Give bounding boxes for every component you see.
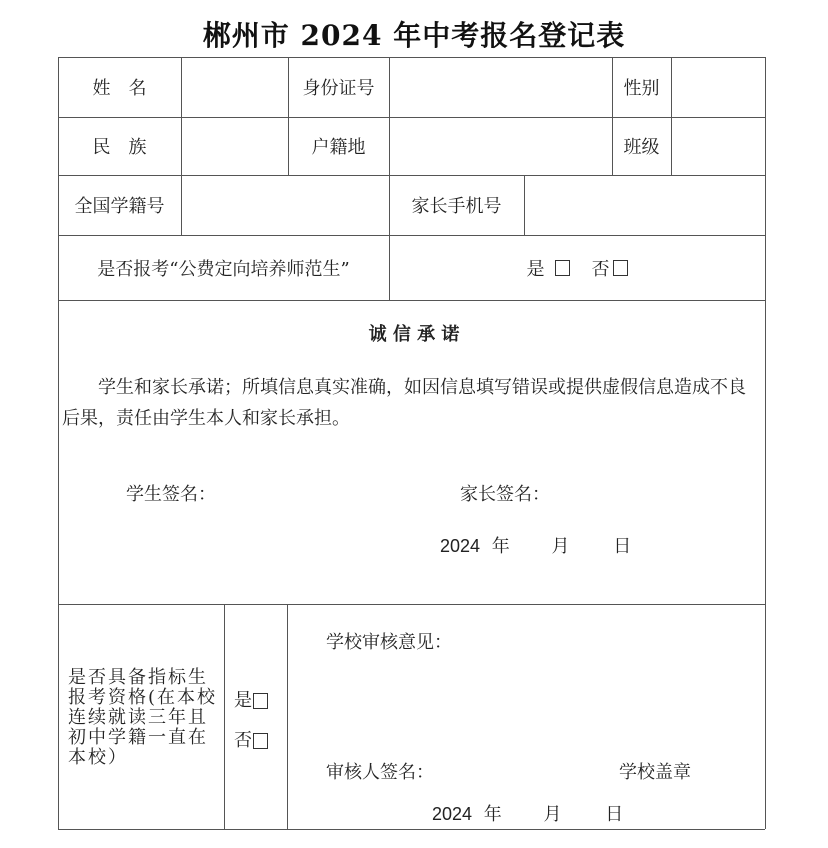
teacher-program-no-label: 否 — [592, 255, 610, 281]
parent-phone-label: 家长手机号 — [389, 175, 524, 235]
qualification-yes-checkbox[interactable] — [253, 693, 268, 709]
student-id-label: 全国学籍号 — [58, 175, 181, 235]
review-date-day-unit: 日 — [605, 804, 623, 825]
grid-line — [58, 829, 765, 830]
pledge-date: 2024 年 月 日 — [440, 532, 631, 558]
grid-line — [58, 300, 765, 301]
household-field[interactable] — [390, 118, 612, 175]
parent-signature-field[interactable] — [554, 474, 754, 508]
qualification-question: 是否具备指标生报考资格(在本校连续就读三年且初中学籍一直在本校） — [68, 668, 220, 768]
gender-label: 性别 — [612, 57, 671, 117]
reviewer-sign-label: 审核人签名： — [326, 758, 434, 784]
school-opinion-field[interactable] — [300, 656, 755, 752]
student-signature-field[interactable] — [220, 474, 420, 508]
id-number-field[interactable] — [390, 58, 612, 117]
pledge-heading: 诚 信 承 诺 — [0, 320, 828, 346]
school-stamp-label: 学校盖章 — [619, 758, 691, 784]
student-id-field[interactable] — [182, 176, 389, 235]
review-date: 2024 年 月 日 — [432, 800, 623, 826]
pledge-date-month-unit: 月 — [552, 536, 570, 557]
grid-line — [58, 604, 765, 605]
qualification-yes-option: 是 — [234, 686, 268, 712]
reviewer-signature-field[interactable] — [436, 752, 606, 784]
class-label: 班级 — [612, 117, 671, 175]
teacher-program-question: 是否报考“公费定向培养师范生” — [58, 235, 389, 300]
pledge-date-day-unit: 日 — [613, 536, 631, 557]
grid-line — [765, 57, 766, 829]
id-number-label: 身份证号 — [288, 57, 389, 117]
qualification-no-label: 否 — [234, 730, 252, 751]
qualification-no-option: 否 — [234, 726, 268, 752]
qualification-no-checkbox[interactable] — [253, 733, 268, 749]
student-sign-label: 学生签名： — [126, 480, 216, 506]
gender-field[interactable] — [672, 58, 765, 117]
parent-sign-label: 家长签名： — [460, 480, 550, 506]
pledge-date-year: 2024 — [440, 536, 480, 556]
grid-line — [287, 604, 288, 829]
review-date-year: 2024 — [432, 804, 472, 824]
teacher-program-no-checkbox[interactable] — [613, 260, 628, 276]
pledge-date-year-unit: 年 — [492, 536, 510, 557]
parent-phone-field[interactable] — [525, 176, 765, 235]
grid-line — [224, 604, 225, 829]
teacher-program-yes-checkbox[interactable] — [555, 260, 570, 276]
ethnicity-label: 民 族 — [58, 117, 181, 175]
review-date-month-unit: 月 — [544, 804, 562, 825]
household-label: 户籍地 — [288, 117, 389, 175]
school-opinion-label: 学校审核意见： — [326, 628, 452, 654]
name-label: 姓 名 — [58, 57, 181, 117]
ethnicity-field[interactable] — [182, 118, 288, 175]
teacher-program-yes-label: 是 — [527, 255, 545, 281]
name-field[interactable] — [182, 58, 288, 117]
form-title: 郴州市 2024 年中考报名登记表 — [0, 14, 828, 54]
review-date-year-unit: 年 — [484, 804, 502, 825]
qualification-yes-label: 是 — [234, 690, 252, 711]
class-field[interactable] — [672, 118, 765, 175]
pledge-body: 学生和家长承诺；所填信息真实准确，如因信息填写错误或提供虚假信息造成不良后果，责… — [62, 372, 762, 434]
teacher-program-options: 是 否 — [389, 235, 765, 300]
